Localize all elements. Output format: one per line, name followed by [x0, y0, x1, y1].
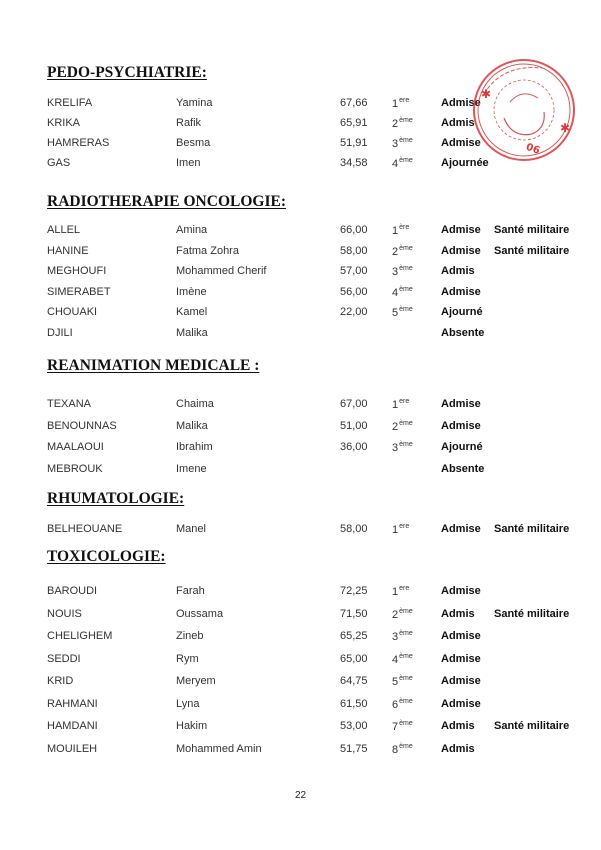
rank-suffix: ème	[399, 306, 413, 313]
rank-number: 5	[392, 307, 398, 319]
first-name: Imen	[176, 157, 200, 169]
first-name: Imene	[176, 463, 207, 475]
score: 66,00	[340, 224, 368, 236]
result-row: RAHMANI Lyna 61,50 6ème Admise	[0, 698, 601, 716]
score: 22,00	[340, 306, 368, 318]
score: 67,00	[340, 398, 368, 410]
result-row: TEXANA Chaima 67,00 1ere Admise	[0, 398, 601, 416]
result-row: GAS Imen 34,58 4ème Ajournée	[0, 157, 601, 175]
last-name: BENOUNNAS	[47, 420, 117, 432]
rank-number: 8	[392, 744, 398, 756]
score: 58,00	[340, 523, 368, 535]
first-name: Imène	[176, 286, 207, 298]
score: 64,75	[340, 675, 368, 687]
section-title: REANIMATION MEDICALE :	[47, 357, 259, 375]
rank-suffix: ème	[399, 137, 413, 144]
status: Absente	[441, 463, 484, 475]
rank-suffix: ème	[399, 653, 413, 660]
rank-number: 1	[392, 98, 398, 110]
rank-number: 2	[392, 118, 398, 130]
status: Admis	[441, 743, 475, 755]
first-name: Kamel	[176, 306, 207, 318]
result-row: ALLEL Amina 66,00 1ère Admise Santé mili…	[0, 224, 601, 242]
result-row: MOUILEH Mohammed Amin 51,75 8ème Admis	[0, 743, 601, 761]
result-row: DJILI Malika Absente	[0, 327, 601, 345]
section-title: TOXICOLOGIE:	[47, 548, 166, 566]
score: 51,00	[340, 420, 368, 432]
status: Admise	[441, 97, 481, 109]
status: Admise	[441, 398, 481, 410]
status: Admise	[441, 698, 481, 710]
score: 57,00	[340, 265, 368, 277]
rank-number: 3	[392, 631, 398, 643]
status: Ajourné	[441, 306, 483, 318]
result-row: KRIKA Rafik 65,91 2ème Admis	[0, 117, 601, 135]
result-row: SEDDI Rym 65,00 4ème Admise	[0, 653, 601, 671]
score: 36,00	[340, 441, 368, 453]
note: Santé militaire	[494, 608, 569, 620]
result-row: HANINE Fatma Zohra 58,00 2ème Admise San…	[0, 245, 601, 263]
last-name: DJILI	[47, 327, 73, 339]
first-name: Malika	[176, 327, 208, 339]
result-row: NOUIS Oussama 71,50 2ème Admis Santé mil…	[0, 608, 601, 626]
rank: 4ème	[392, 157, 413, 170]
status: Admise	[441, 245, 481, 257]
rank: 3ème	[392, 137, 413, 150]
result-row: BAROUDI Farah 72,25 1ere Admise	[0, 585, 601, 603]
last-name: BELHEOUANE	[47, 523, 122, 535]
score: 71,50	[340, 608, 368, 620]
last-name: CHOUAKI	[47, 306, 97, 318]
rank: 2ème	[392, 608, 413, 621]
last-name: BAROUDI	[47, 585, 97, 597]
last-name: KRID	[47, 675, 73, 687]
rank-suffix: ème	[399, 157, 413, 164]
rank-suffix: ème	[399, 420, 413, 427]
result-row: HAMRERAS Besma 51,91 3ème Admise	[0, 137, 601, 155]
rank: 7ème	[392, 720, 413, 733]
last-name: HAMRERAS	[47, 137, 109, 149]
last-name: SIMERABET	[47, 286, 111, 298]
first-name: Yamina	[176, 97, 212, 109]
first-name: Oussama	[176, 608, 223, 620]
rank: 6ème	[392, 698, 413, 711]
rank: 5ème	[392, 306, 413, 319]
rank: 1ere	[392, 398, 409, 411]
rank-number: 4	[392, 287, 398, 299]
rank-suffix: ème	[399, 675, 413, 682]
rank-number: 4	[392, 654, 398, 666]
rank-suffix: ème	[399, 117, 413, 124]
status: Admise	[441, 224, 481, 236]
rank: 4ème	[392, 286, 413, 299]
rank-suffix: ere	[399, 97, 409, 104]
first-name: Malika	[176, 420, 208, 432]
rank: 1ère	[392, 224, 409, 237]
result-row: KRELIFA Yamina 67,66 1ere Admise	[0, 97, 601, 115]
result-row: BELHEOUANE Manel 58,00 1ere Admise Santé…	[0, 523, 601, 541]
status: Absente	[441, 327, 484, 339]
status: Admise	[441, 286, 481, 298]
score: 51,91	[340, 137, 368, 149]
last-name: KRIKA	[47, 117, 80, 129]
last-name: MAALAOUI	[47, 441, 104, 453]
rank: 3ème	[392, 630, 413, 643]
first-name: Rafik	[176, 117, 201, 129]
score: 61,50	[340, 698, 368, 710]
rank-number: 3	[392, 442, 398, 454]
result-row: MEGHOUFI Mohammed Cherif 57,00 3ème Admi…	[0, 265, 601, 283]
result-row: SIMERABET Imène 56,00 4ème Admise	[0, 286, 601, 304]
rank-suffix: ème	[399, 265, 413, 272]
status: Admise	[441, 137, 481, 149]
result-row: MEBROUK Imene Absente	[0, 463, 601, 481]
rank-suffix: ème	[399, 441, 413, 448]
result-row: KRID Meryem 64,75 5ème Admise	[0, 675, 601, 693]
last-name: RAHMANI	[47, 698, 98, 710]
score: 58,00	[340, 245, 368, 257]
rank-suffix: ème	[399, 698, 413, 705]
first-name: Hakim	[176, 720, 207, 732]
first-name: Zineb	[176, 630, 204, 642]
rank: 2ème	[392, 245, 413, 258]
last-name: MEBROUK	[47, 463, 103, 475]
rank: 3ème	[392, 441, 413, 454]
first-name: Manel	[176, 523, 206, 535]
status: Admis	[441, 117, 475, 129]
rank-number: 1	[392, 586, 398, 598]
score: 67,66	[340, 97, 368, 109]
note: Santé militaire	[494, 720, 569, 732]
rank: 1ere	[392, 97, 409, 110]
status: Admise	[441, 585, 481, 597]
last-name: GAS	[47, 157, 70, 169]
score: 65,00	[340, 653, 368, 665]
rank-number: 2	[392, 246, 398, 258]
status: Admise	[441, 630, 481, 642]
rank-suffix: ere	[399, 523, 409, 530]
first-name: Mohammed Cherif	[176, 265, 266, 277]
rank: 1ere	[392, 585, 409, 598]
first-name: Rym	[176, 653, 199, 665]
note: Santé militaire	[494, 245, 569, 257]
score: 51,75	[340, 743, 368, 755]
rank-suffix: ème	[399, 608, 413, 615]
score: 72,25	[340, 585, 368, 597]
first-name: Fatma Zohra	[176, 245, 239, 257]
status: Admise	[441, 675, 481, 687]
rank-number: 2	[392, 421, 398, 433]
rank-number: 1	[392, 399, 398, 411]
first-name: Meryem	[176, 675, 216, 687]
score: 34,58	[340, 157, 368, 169]
rank: 4ème	[392, 653, 413, 666]
last-name: SEDDI	[47, 653, 81, 665]
first-name: Amina	[176, 224, 207, 236]
first-name: Mohammed Amin	[176, 743, 262, 755]
status: Admis	[441, 720, 475, 732]
last-name: TEXANA	[47, 398, 91, 410]
result-row: BENOUNNAS Malika 51,00 2ème Admise	[0, 420, 601, 438]
rank-suffix: ème	[399, 286, 413, 293]
rank-suffix: ère	[399, 224, 409, 231]
rank-suffix: ere	[399, 585, 409, 592]
last-name: HANINE	[47, 245, 89, 257]
rank-number: 5	[392, 676, 398, 688]
first-name: Ibrahim	[176, 441, 213, 453]
result-row: HAMDANI Hakim 53,00 7ème Admis Santé mil…	[0, 720, 601, 738]
last-name: MOUILEH	[47, 743, 97, 755]
score: 53,00	[340, 720, 368, 732]
rank: 8ème	[392, 743, 413, 756]
result-row: CHOUAKI Kamel 22,00 5ème Ajourné	[0, 306, 601, 324]
rank: 2ème	[392, 117, 413, 130]
last-name: MEGHOUFI	[47, 265, 106, 277]
last-name: CHELIGHEM	[47, 630, 112, 642]
note: Santé militaire	[494, 224, 569, 236]
rank-suffix: ème	[399, 630, 413, 637]
rank-number: 3	[392, 138, 398, 150]
result-row: MAALAOUI Ibrahim 36,00 3ème Ajourné	[0, 441, 601, 459]
rank-number: 7	[392, 721, 398, 733]
last-name: NOUIS	[47, 608, 82, 620]
rank-number: 1	[392, 524, 398, 536]
rank-suffix: ere	[399, 398, 409, 405]
rank-number: 4	[392, 158, 398, 170]
status: Admise	[441, 653, 481, 665]
rank-number: 1	[392, 225, 398, 237]
page-number: 22	[0, 790, 601, 801]
first-name: Chaima	[176, 398, 214, 410]
rank-suffix: ème	[399, 245, 413, 252]
first-name: Besma	[176, 137, 210, 149]
section-title: PEDO-PSYCHIATRIE:	[47, 64, 207, 82]
last-name: KRELIFA	[47, 97, 92, 109]
rank-suffix: ème	[399, 720, 413, 727]
status: Ajourné	[441, 441, 483, 453]
score: 65,25	[340, 630, 368, 642]
rank-number: 2	[392, 609, 398, 621]
rank: 5ème	[392, 675, 413, 688]
document-page: PEDO-PSYCHIATRIE: KRELIFA Yamina 67,66 1…	[0, 0, 601, 850]
last-name: HAMDANI	[47, 720, 98, 732]
result-row: CHELIGHEM Zineb 65,25 3ème Admise	[0, 630, 601, 648]
score: 56,00	[340, 286, 368, 298]
status: Ajournée	[441, 157, 489, 169]
rank: 3ème	[392, 265, 413, 278]
note: Santé militaire	[494, 523, 569, 535]
rank-number: 6	[392, 699, 398, 711]
status: Admis	[441, 265, 475, 277]
section-title: RHUMATOLOGIE:	[47, 490, 184, 508]
last-name: ALLEL	[47, 224, 80, 236]
rank: 2ème	[392, 420, 413, 433]
status: Admis	[441, 608, 475, 620]
status: Admise	[441, 420, 481, 432]
rank	[392, 463, 393, 476]
rank: 1ere	[392, 523, 409, 536]
status: Admise	[441, 523, 481, 535]
score: 65,91	[340, 117, 368, 129]
section-title: RADIOTHERAPIE ONCOLOGIE:	[47, 193, 286, 211]
rank-number: 3	[392, 266, 398, 278]
rank-suffix: ème	[399, 743, 413, 750]
first-name: Farah	[176, 585, 205, 597]
first-name: Lyna	[176, 698, 199, 710]
rank	[392, 327, 393, 340]
